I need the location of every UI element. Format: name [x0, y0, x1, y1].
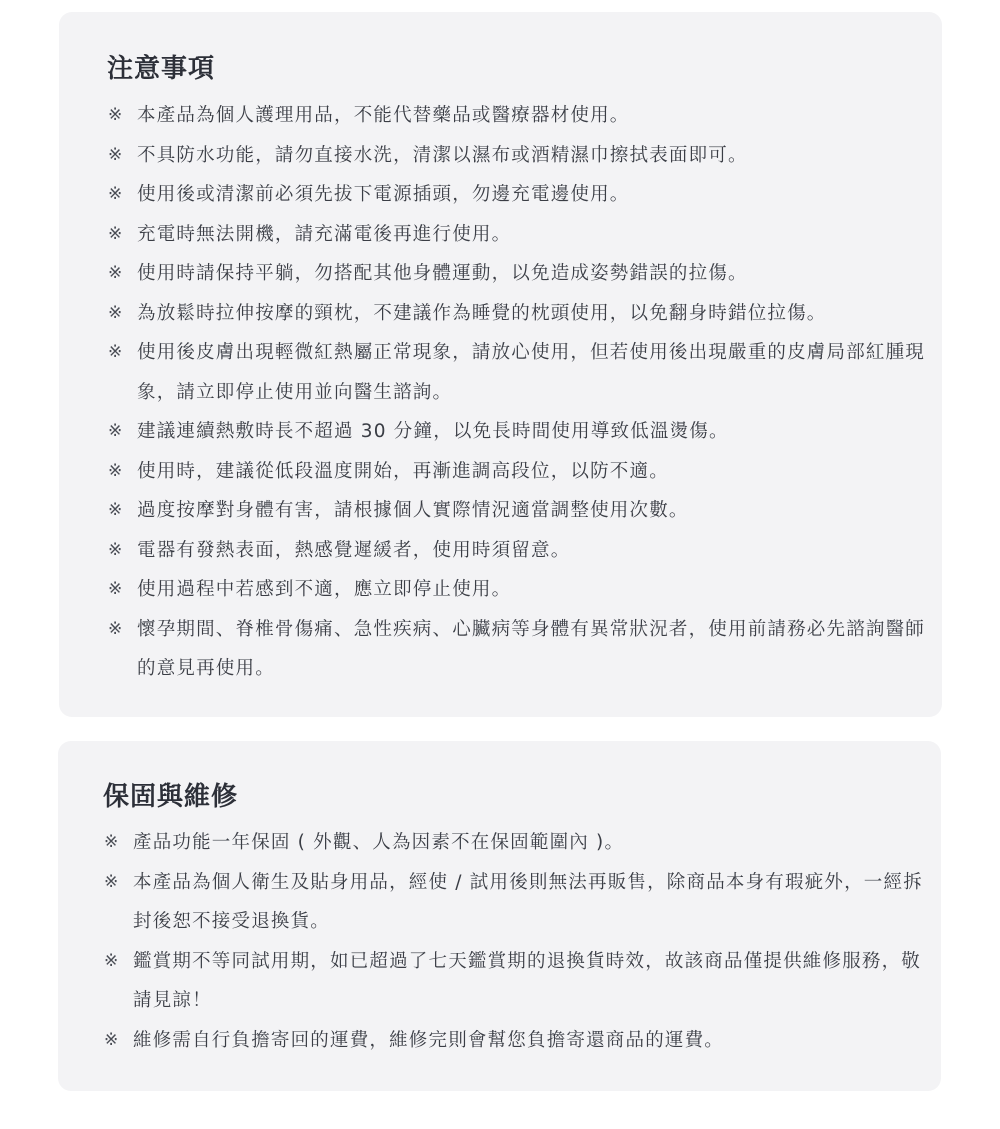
reference-mark-icon: ※: [108, 570, 137, 610]
warranty-item: ※產品功能一年保固 ( 外觀、人為因素不在保固範圍內 )。: [104, 823, 924, 863]
notice-item-text: 建議連續熱敷時長不超過 30 分鐘，以免長時間使用導致低溫燙傷。: [137, 412, 928, 452]
warranty-item: ※鑑賞期不等同試用期，如已超過了七天鑑賞期的退換貨時效，故該商品僅提供維修服務，…: [104, 942, 924, 1021]
notice-item: ※為放鬆時拉伸按摩的頸枕，不建議作為睡覺的枕頭使用，以免翻身時錯位拉傷。: [108, 294, 928, 334]
warranty-item: ※本產品為個人衛生及貼身用品，經使 / 試用後則無法再販售，除商品本身有瑕疵外，…: [104, 863, 924, 942]
notice-item: ※使用時，建議從低段溫度開始，再漸進調高段位，以防不適。: [108, 452, 928, 492]
reference-mark-icon: ※: [104, 863, 133, 903]
notice-list: ※本產品為個人護理用品，不能代替藥品或醫療器材使用。 ※不具防水功能，請勿直接水…: [108, 96, 928, 689]
notice-title: 注意事項: [107, 56, 215, 82]
reference-mark-icon: ※: [108, 531, 137, 571]
reference-mark-icon: ※: [108, 136, 137, 176]
notice-item: ※懷孕期間、脊椎骨傷痛、急性疾病、心臟病等身體有異常狀況者，使用前請務必先諮詢醫…: [108, 610, 928, 689]
reference-mark-icon: ※: [108, 333, 137, 373]
warranty-card: 保固與維修 ※產品功能一年保固 ( 外觀、人為因素不在保固範圍內 )。 ※本產品…: [58, 741, 941, 1091]
notice-item: ※使用後皮膚出現輕微紅熱屬正常現象，請放心使用，但若使用後出現嚴重的皮膚局部紅腫…: [108, 333, 928, 412]
notice-item-text: 使用後皮膚出現輕微紅熱屬正常現象，請放心使用，但若使用後出現嚴重的皮膚局部紅腫現…: [137, 333, 928, 412]
reference-mark-icon: ※: [108, 452, 137, 492]
warranty-item: ※維修需自行負擔寄回的運費，維修完則會幫您負擔寄還商品的運費。: [104, 1021, 924, 1061]
reference-mark-icon: ※: [108, 254, 137, 294]
reference-mark-icon: ※: [108, 175, 137, 215]
warranty-item-text: 鑑賞期不等同試用期，如已超過了七天鑑賞期的退換貨時效，故該商品僅提供維修服務，敬…: [133, 942, 924, 1021]
reference-mark-icon: ※: [104, 823, 133, 863]
warranty-item-text: 維修需自行負擔寄回的運費，維修完則會幫您負擔寄還商品的運費。: [133, 1021, 924, 1061]
reference-mark-icon: ※: [104, 1021, 133, 1061]
notice-item-text: 使用後或清潔前必須先拔下電源插頭，勿邊充電邊使用。: [137, 175, 928, 215]
reference-mark-icon: ※: [108, 491, 137, 531]
notice-item: ※本產品為個人護理用品，不能代替藥品或醫療器材使用。: [108, 96, 928, 136]
notice-item: ※使用時請保持平躺，勿搭配其他身體運動，以免造成姿勢錯誤的拉傷。: [108, 254, 928, 294]
reference-mark-icon: ※: [108, 294, 137, 334]
warranty-item-text: 本產品為個人衛生及貼身用品，經使 / 試用後則無法再販售，除商品本身有瑕疵外，一…: [133, 863, 924, 942]
notice-item-text: 過度按摩對身體有害，請根據個人實際情況適當調整使用次數。: [137, 491, 928, 531]
reference-mark-icon: ※: [108, 610, 137, 650]
warranty-list: ※產品功能一年保固 ( 外觀、人為因素不在保固範圍內 )。 ※本產品為個人衛生及…: [104, 823, 924, 1060]
warranty-item-text: 產品功能一年保固 ( 外觀、人為因素不在保固範圍內 )。: [133, 823, 924, 863]
notice-item: ※不具防水功能，請勿直接水洗，清潔以濕布或酒精濕巾擦拭表面即可。: [108, 136, 928, 176]
notice-item-text: 不具防水功能，請勿直接水洗，清潔以濕布或酒精濕巾擦拭表面即可。: [137, 136, 928, 176]
reference-mark-icon: ※: [108, 412, 137, 452]
notice-item-text: 本產品為個人護理用品，不能代替藥品或醫療器材使用。: [137, 96, 928, 136]
notice-item-text: 電器有發熱表面，熱感覺遲緩者，使用時須留意。: [137, 531, 928, 571]
notice-item-text: 懷孕期間、脊椎骨傷痛、急性疾病、心臟病等身體有異常狀況者，使用前請務必先諮詢醫師…: [137, 610, 928, 689]
notice-item-text: 充電時無法開機，請充滿電後再進行使用。: [137, 215, 928, 255]
reference-mark-icon: ※: [108, 215, 137, 255]
notice-item: ※過度按摩對身體有害，請根據個人實際情況適當調整使用次數。: [108, 491, 928, 531]
notice-item: ※電器有發熱表面，熱感覺遲緩者，使用時須留意。: [108, 531, 928, 571]
warranty-title: 保固與維修: [103, 784, 238, 810]
notice-card: 注意事項 ※本產品為個人護理用品，不能代替藥品或醫療器材使用。 ※不具防水功能，…: [59, 12, 942, 717]
notice-item: ※使用過程中若感到不適，應立即停止使用。: [108, 570, 928, 610]
reference-mark-icon: ※: [104, 942, 133, 982]
notice-item-text: 使用過程中若感到不適，應立即停止使用。: [137, 570, 928, 610]
reference-mark-icon: ※: [108, 96, 137, 136]
notice-item: ※建議連續熱敷時長不超過 30 分鐘，以免長時間使用導致低溫燙傷。: [108, 412, 928, 452]
notice-item-text: 使用時請保持平躺，勿搭配其他身體運動，以免造成姿勢錯誤的拉傷。: [137, 254, 928, 294]
notice-item-text: 為放鬆時拉伸按摩的頸枕，不建議作為睡覺的枕頭使用，以免翻身時錯位拉傷。: [137, 294, 928, 334]
notice-item: ※使用後或清潔前必須先拔下電源插頭，勿邊充電邊使用。: [108, 175, 928, 215]
notice-item-text: 使用時，建議從低段溫度開始，再漸進調高段位，以防不適。: [137, 452, 928, 492]
notice-item: ※充電時無法開機，請充滿電後再進行使用。: [108, 215, 928, 255]
